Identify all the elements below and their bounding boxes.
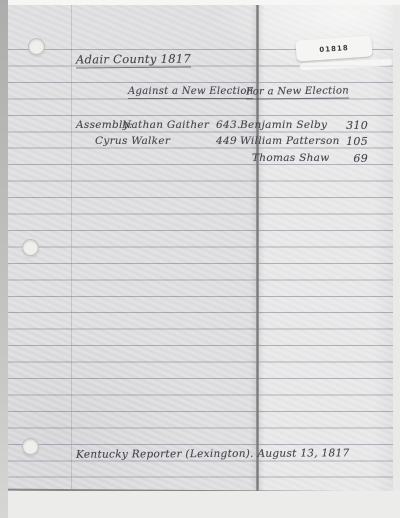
- for-candidate-votes: 69: [336, 152, 368, 165]
- center-fold-line: [256, 5, 259, 491]
- for-candidate-name: Thomas Shaw: [252, 152, 330, 164]
- source-citation: Kentucky Reporter (Lexington). August 13…: [76, 447, 350, 460]
- for-candidate-votes: 105: [336, 135, 368, 148]
- column-header-for: For a New Election: [246, 85, 349, 99]
- against-candidate-name: Cyrus Walker: [95, 135, 170, 147]
- left-margin-line: [71, 5, 72, 491]
- against-candidate-votes: 449: [216, 135, 237, 147]
- for-candidate-name: Benjamin Selby: [240, 119, 327, 131]
- scanned-document: 01818 Adair County 1817 Against a New El…: [0, 0, 400, 518]
- paper-texture: [8, 5, 393, 491]
- for-candidate-votes: 310: [336, 119, 368, 132]
- for-candidate-name: William Patterson: [240, 135, 340, 147]
- against-candidate-votes: 643.: [216, 119, 241, 131]
- page-title: Adair County 1817: [76, 51, 191, 68]
- paper-bottom-edge: [8, 489, 393, 491]
- against-candidate-name: Nathan Gaither: [122, 119, 209, 131]
- hole-punch-middle: [22, 239, 39, 256]
- catalog-sticker: 01818: [295, 35, 372, 61]
- notebook-paper: 01818 Adair County 1817 Against a New El…: [8, 5, 393, 491]
- hole-punch-top: [28, 38, 45, 55]
- scanner-background-bottom: [8, 491, 400, 518]
- ruled-lines: [8, 49, 393, 478]
- hole-punch-bottom: [22, 438, 39, 455]
- scanner-background-left: [0, 0, 8, 518]
- catalog-number: 01818: [319, 43, 349, 53]
- column-header-against: Against a New Election: [128, 86, 253, 99]
